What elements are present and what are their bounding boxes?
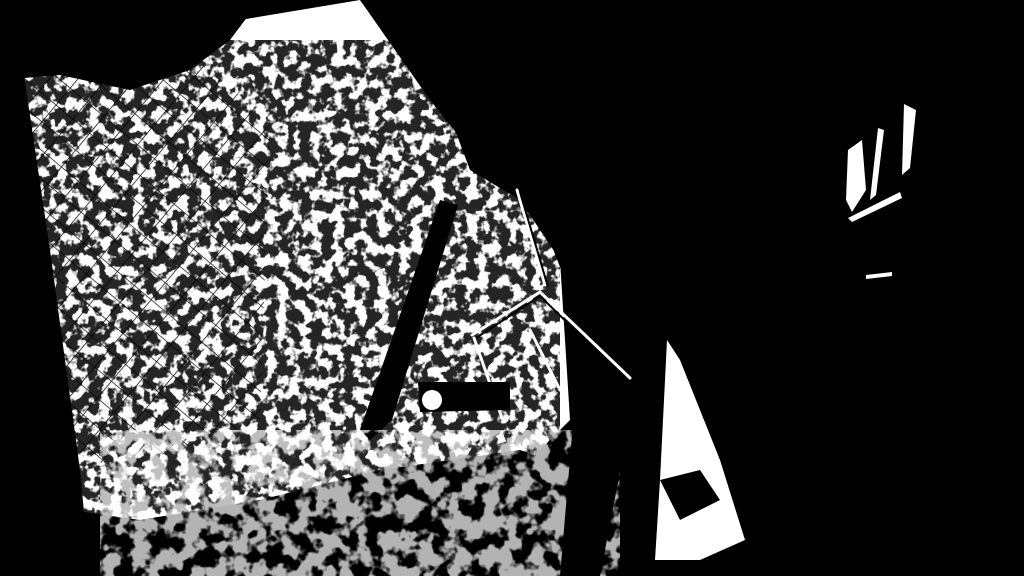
photograph — [0, 0, 1024, 576]
ground-texture — [100, 430, 620, 576]
debris-highlight — [422, 390, 442, 410]
